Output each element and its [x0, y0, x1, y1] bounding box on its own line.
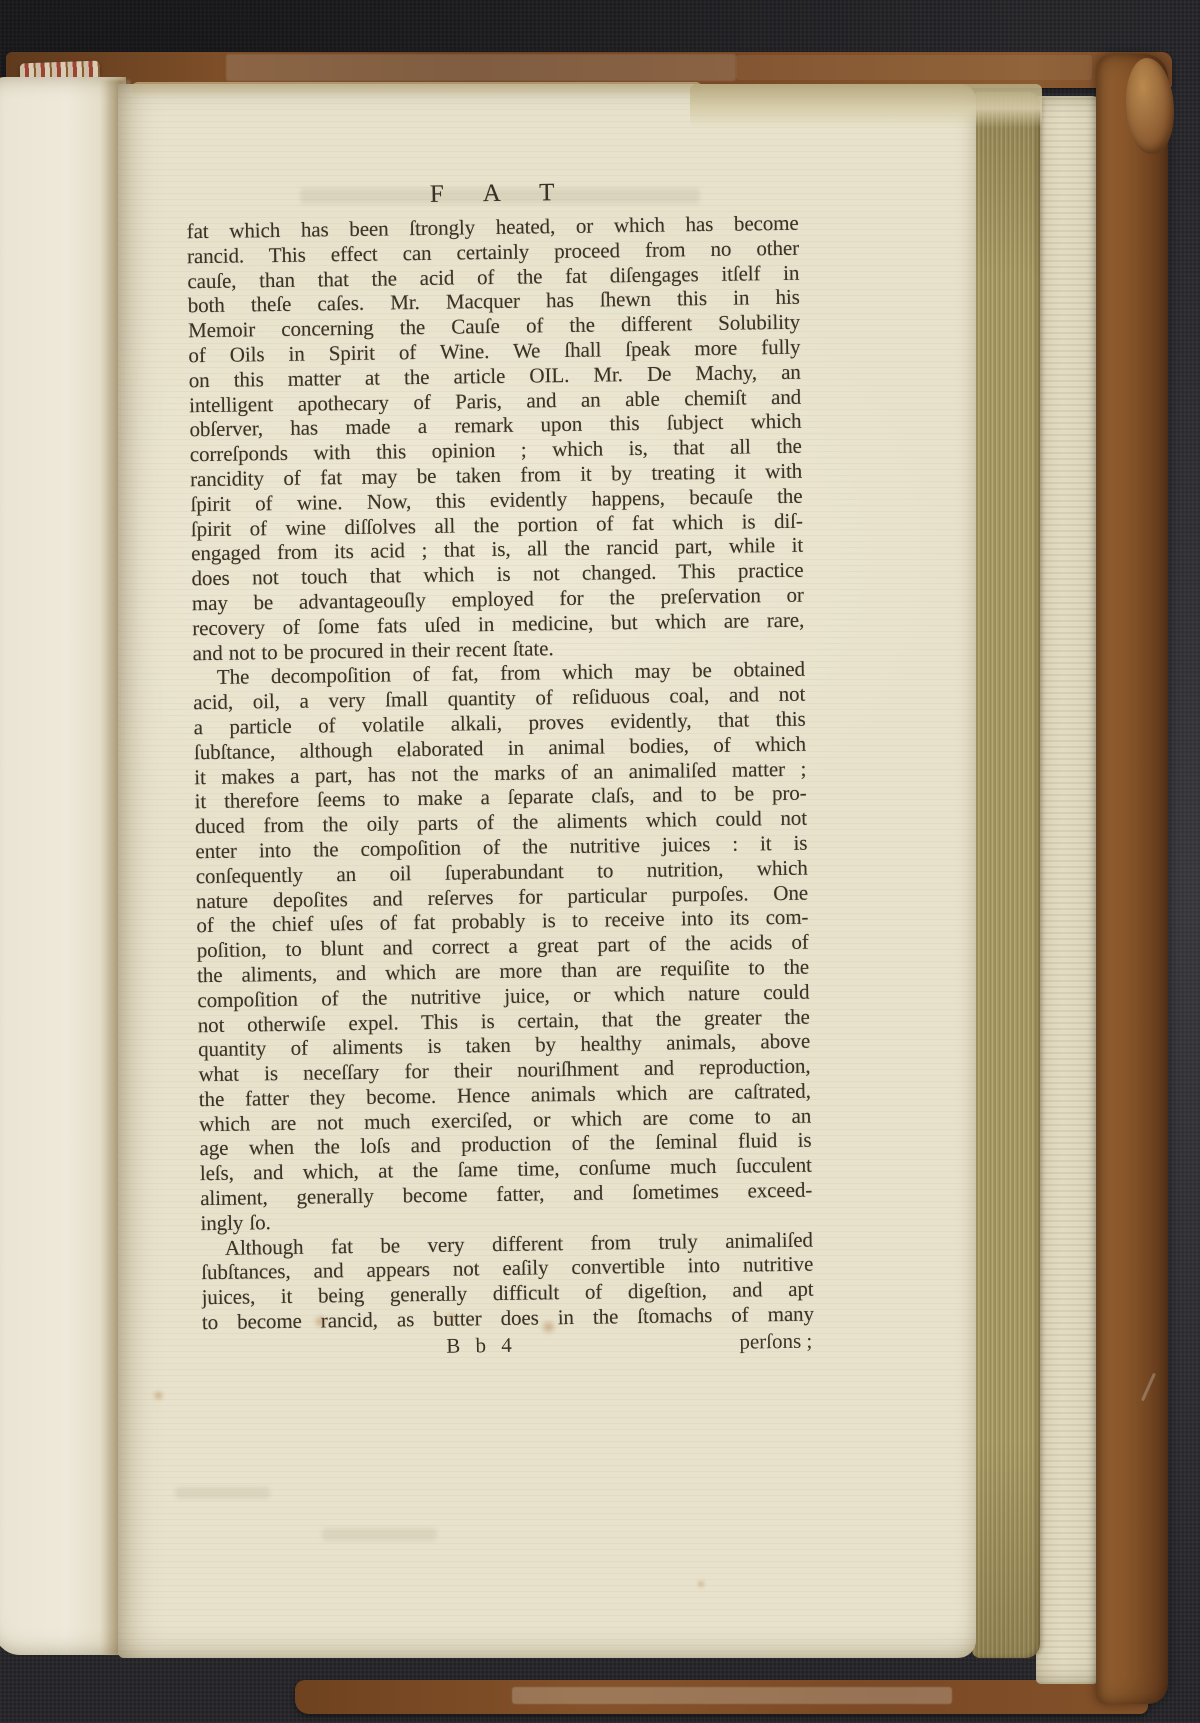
page-text-block: F A T fat which has been ſtrongly heated…: [186, 174, 814, 1365]
photograph-of-book-page: { "colors":{ "fabric":"#222226", "page":…: [0, 0, 1200, 1723]
page-top-edge-shading: [132, 82, 702, 97]
foxing-spot: [696, 1580, 706, 1588]
body-text: fat which has been ſtrongly heated, or w…: [187, 211, 815, 1335]
signature-mark: B b 4: [446, 1333, 517, 1359]
endpaper-edge: [1036, 96, 1102, 1684]
bottom-tape-shine: [512, 1687, 952, 1704]
fore-edge-page-stack: [972, 92, 1040, 1658]
catchword: perſons ;: [739, 1329, 812, 1355]
show-through-smudge: [322, 1528, 437, 1541]
show-through-smudge: [175, 1487, 270, 1499]
page-top-edge-shading-right: [690, 84, 1042, 128]
right-cover-leather-edge: [1096, 54, 1168, 1704]
top-tape-shine: [226, 54, 736, 81]
top-leather-highlight: [736, 55, 1092, 80]
foxing-spot: [152, 1390, 165, 1401]
